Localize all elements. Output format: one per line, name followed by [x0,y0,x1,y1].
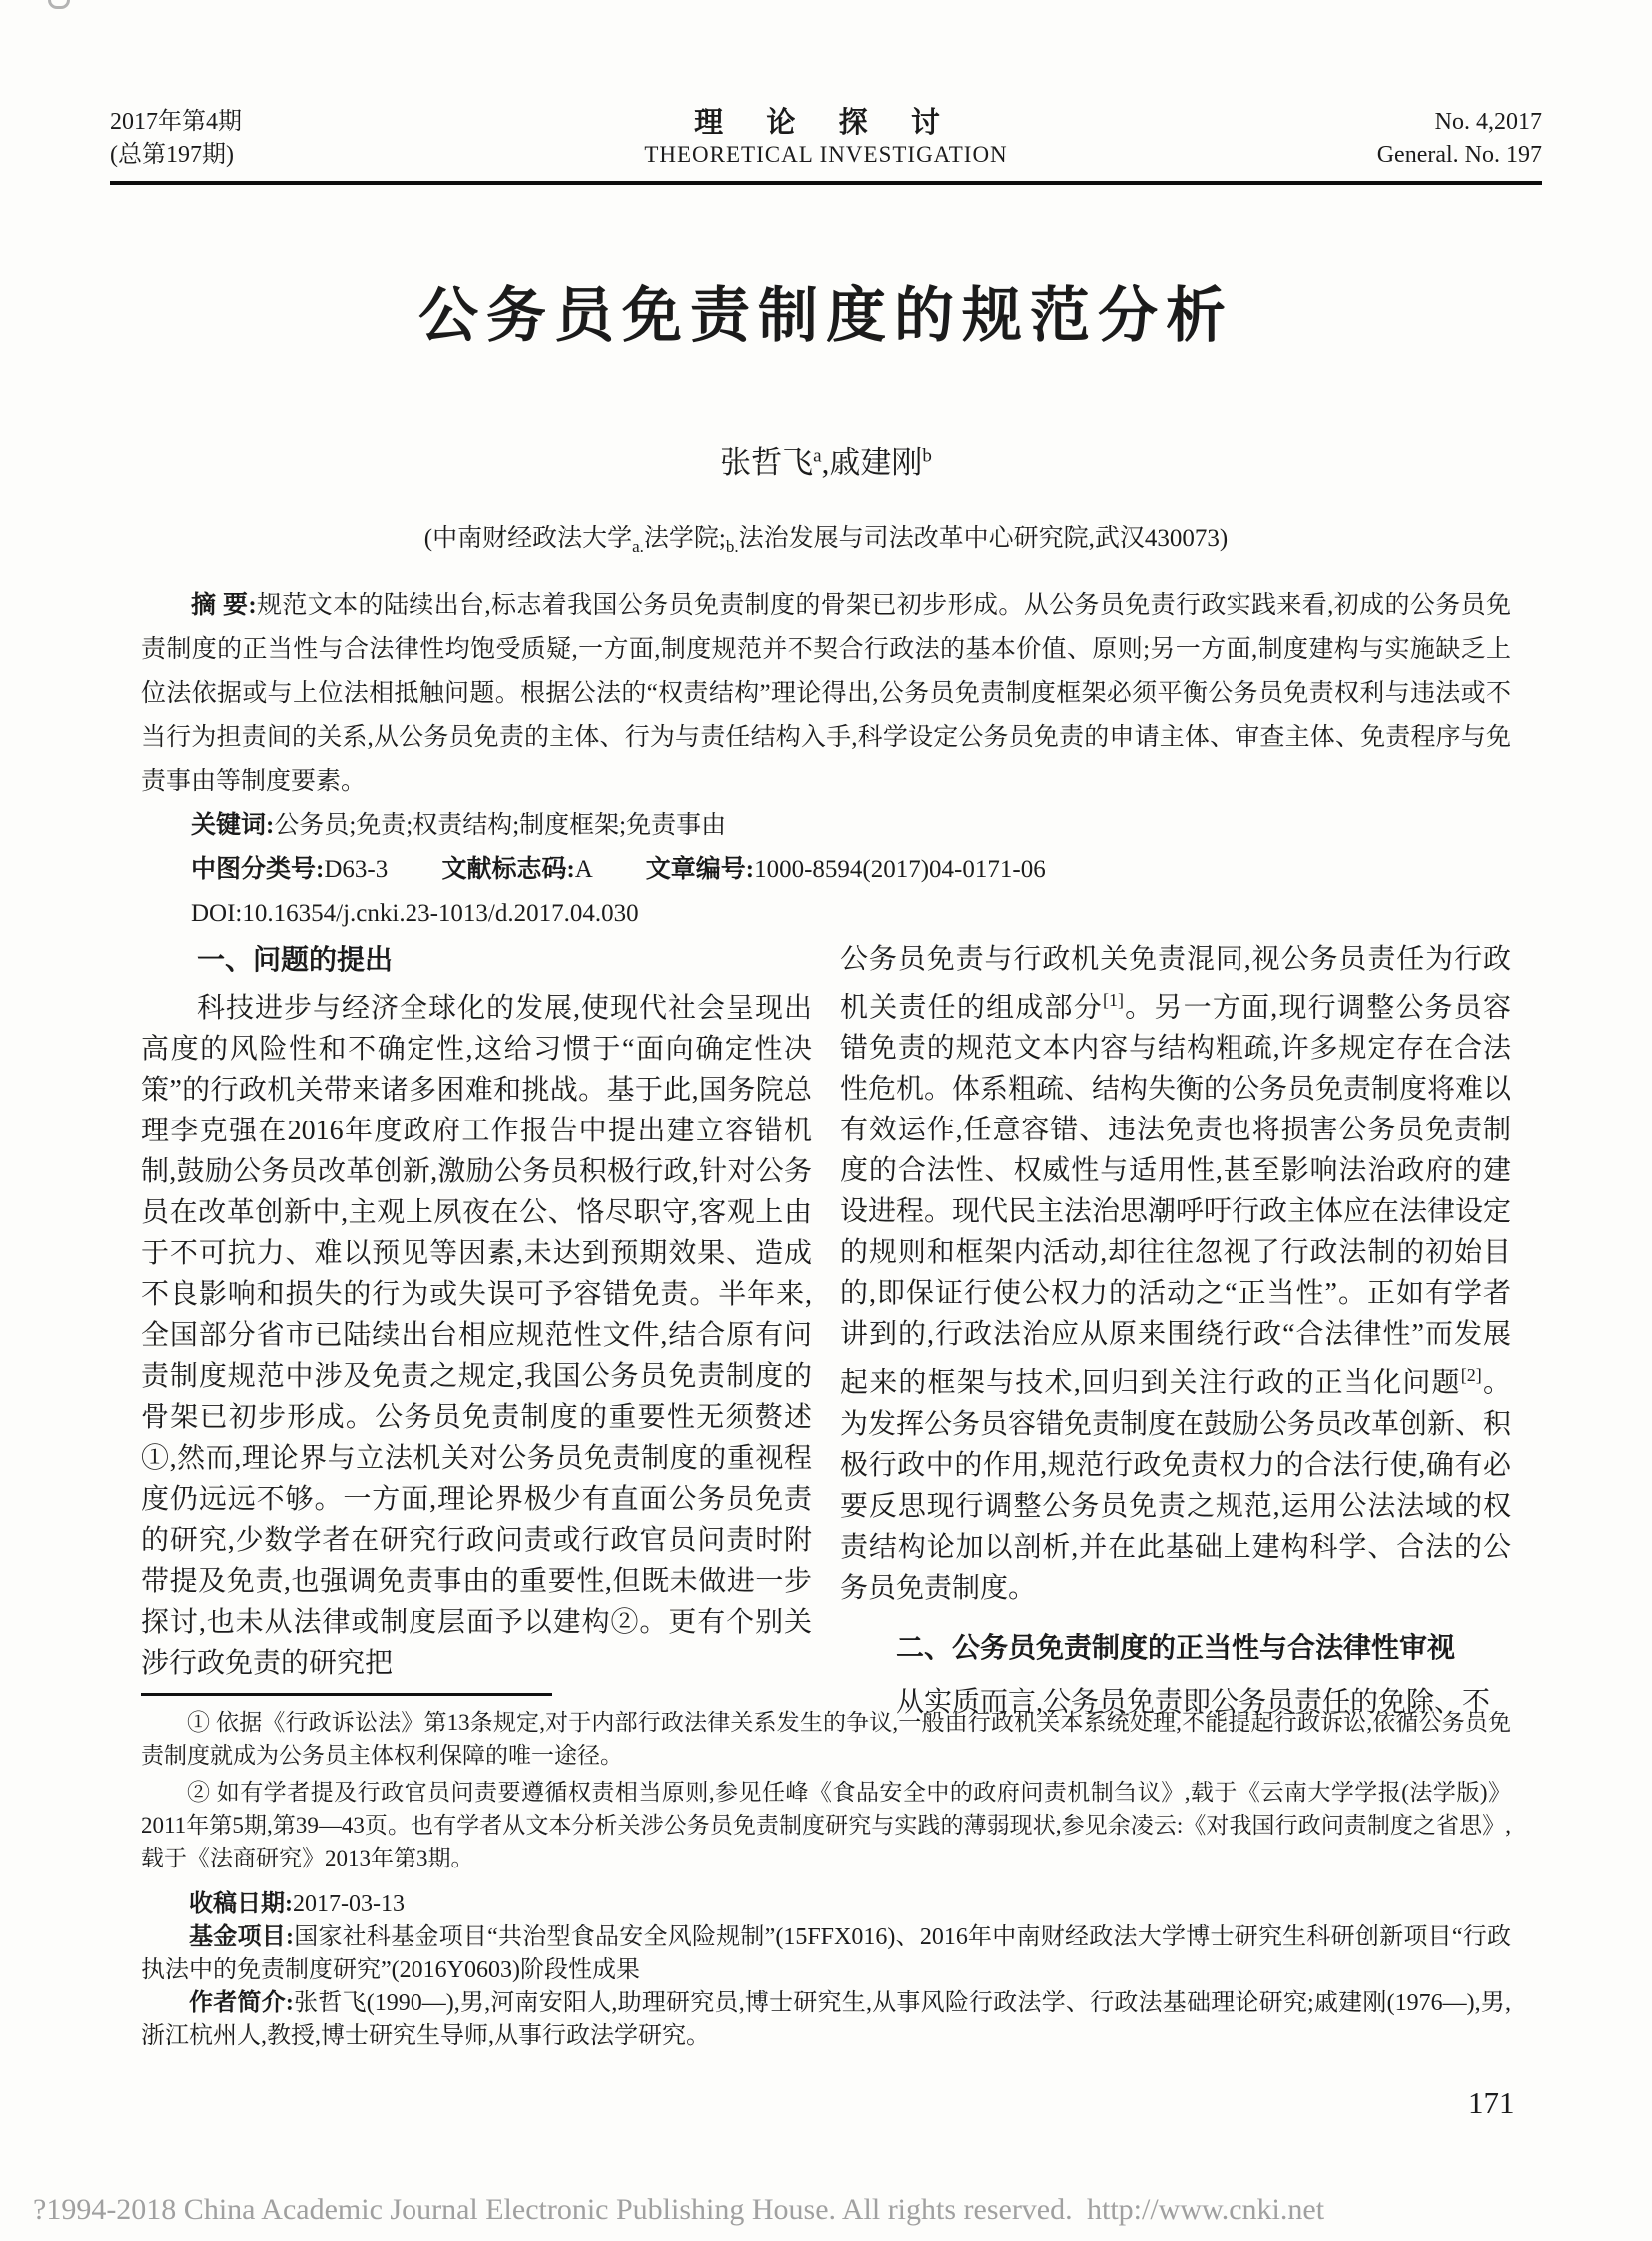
fund-project-line: 基金项目:国家社科基金项目“共治型食品安全风险规制”(15FFX016)、201… [141,1921,1511,1987]
affiliation-prefix: (中南财经政法大学 [424,525,632,552]
fund-project-label: 基金项目: [189,1924,294,1950]
doc-code-item: 文献标志码:A [441,856,591,883]
authors-line: 张哲飞a,戚建刚b [0,437,1652,482]
abstract-text: 规范文本的陆续出台,标志着我国公务员免责制度的骨架已初步形成。从公务员免责行政实… [141,592,1511,795]
doi-line: DOI:10.16354/j.cnki.23-1013/d.2017.04.03… [141,892,1511,936]
author-bio-line: 作者简介:张哲飞(1990—),男,河南安阳人,助理研究员,博士研究生,从事风险… [141,1987,1511,2053]
issue-number-en: No. 4,2017 [1292,106,1542,139]
author-affil-mark-2: b [922,446,932,467]
journal-page: 2017年第4期 (总第197期) 理 论 探 讨 THEORETICAL IN… [0,0,1652,2241]
citation-ref-1: [1] [1103,990,1124,1010]
column-right: 公务员免责与行政机关免责混同,视公务员责任为行政机关责任的组成部分[1]。另一方… [840,939,1511,1723]
author-affil-mark-1: a [813,446,821,467]
affiliation-mark-b: b. [726,537,739,556]
article-title: 公务员免责制度的规范分析 [0,268,1652,354]
article-id-label: 文章编号: [646,856,754,883]
issue-total-en: General. No. 197 [1292,139,1542,172]
received-date-value: 2017-03-13 [293,1891,405,1917]
abstract-paragraph: 摘 要:规范文本的陆续出台,标志着我国公务员免责制度的骨架已初步形成。从公务员免… [141,584,1511,804]
affiliation-part-a: 法学院; [644,525,726,552]
keywords-text: 公务员;免责;权责结构;制度框架;免责事由 [274,812,726,839]
body-paragraph-left: 科技进步与经济全球化的发展,使现代社会呈现出高度的风险性和不确定性,这给习惯于“… [141,988,812,1684]
section-heading-1: 一、问题的提出 [141,939,812,980]
paragraph-run: 。另一方面,现行调整公务员容错免责的规范文本内容与结构粗疏,许多规定存在合法性危… [840,992,1511,1398]
footnote-1: ① 依据《行政诉讼法》第13条规定,对于内部行政法律关系发生的争议,一般由行政机… [141,1706,1511,1772]
clc-value: D63-3 [324,856,388,883]
paragraph-run: 。为发挥公务员容错免责制度在鼓励公务员改革创新、积极行政中的作用,规范行政免责权… [840,1368,1511,1604]
received-date-line: 收稿日期:2017-03-13 [141,1888,1511,1921]
section-heading-2: 二、公务员免责制度的正当性与合法律性审视 [840,1627,1511,1668]
footnotes-area: ① 依据《行政诉讼法》第13条规定,对于内部行政法律关系发生的争议,一般由行政机… [141,1693,1511,2053]
column-left: 一、问题的提出 科技进步与经济全球化的发展,使现代社会呈现出高度的风险性和不确定… [141,939,812,1723]
citation-ref-2: [2] [1461,1365,1482,1385]
doc-code-value: A [575,856,592,883]
clc-label: 中图分类号: [191,856,324,883]
header-rule [110,181,1542,185]
page-header: 2017年第4期 (总第197期) 理 论 探 讨 THEORETICAL IN… [110,106,1542,172]
scan-artifact [48,0,70,9]
cnki-url: http://www.cnki.net [1087,2193,1324,2227]
copyright-text: ?1994-2018 China Academic Journal Electr… [33,2193,1073,2227]
doc-code-label: 文献标志码: [441,856,574,883]
footnote-2: ② 如有学者提及行政官员问责要遵循权责相当原则,参见任峰《食品安全中的政府问责机… [141,1776,1511,1874]
author-name-2: 戚建刚 [829,445,922,480]
journal-title-en: THEORETICAL INVESTIGATION [360,140,1292,170]
article-id-value: 1000-8594(2017)04-0171-06 [754,856,1046,883]
affiliation-part-b: 法治发展与司法改革中心研究院,武汉430073) [739,525,1229,552]
keywords-line: 关键词:公务员;免责;权责结构;制度框架;免责事由 [141,804,1511,848]
received-date-label: 收稿日期: [189,1891,293,1917]
journal-title-cn: 理 论 探 讨 [360,106,1292,140]
keywords-label: 关键词: [191,812,274,839]
meta-line: 中图分类号:D63-3 文献标志码:A 文章编号:1000-8594(2017)… [141,848,1511,892]
fund-project-text: 国家社科基金项目“共治型食品安全风险规制”(15FFX016)、2016年中南财… [141,1924,1511,1983]
issue-number-cn: 2017年第4期 [110,106,360,139]
affiliation-mark-a: a. [632,537,644,556]
front-matter: 摘 要:规范文本的陆续出台,标志着我国公务员免责制度的骨架已初步形成。从公务员免… [141,584,1511,936]
body-paragraph-right: 公务员免责与行政机关免责混同,视公务员责任为行政机关责任的组成部分[1]。另一方… [840,939,1511,1609]
affiliation-line: (中南财经政法大学a.法学院;b.法治发展与司法改革中心研究院,武汉430073… [0,518,1652,557]
article-body: 一、问题的提出 科技进步与经济全球化的发展,使现代社会呈现出高度的风险性和不确定… [141,939,1511,1723]
abstract-label: 摘 要: [191,592,257,619]
issue-info-cn: 2017年第4期 (总第197期) [110,106,360,172]
clc-item: 中图分类号:D63-3 [191,856,388,883]
issue-total-cn: (总第197期) [110,139,360,172]
journal-title-block: 理 论 探 讨 THEORETICAL INVESTIGATION [360,106,1292,170]
footnote-rule [141,1693,552,1696]
article-id-item: 文章编号:1000-8594(2017)04-0171-06 [646,856,1046,883]
issue-info-en: No. 4,2017 General. No. 197 [1292,106,1542,172]
author-name-1: 张哲飞 [720,445,813,480]
author-bio-text: 张哲飞(1990—),男,河南安阳人,助理研究员,博士研究生,从事风险行政法学、… [141,1990,1511,2049]
cnki-footer: ?1994-2018 China Academic Journal Electr… [0,2193,1652,2233]
author-bio-label: 作者简介: [189,1990,294,2016]
page-number: 171 [1468,2085,1515,2121]
